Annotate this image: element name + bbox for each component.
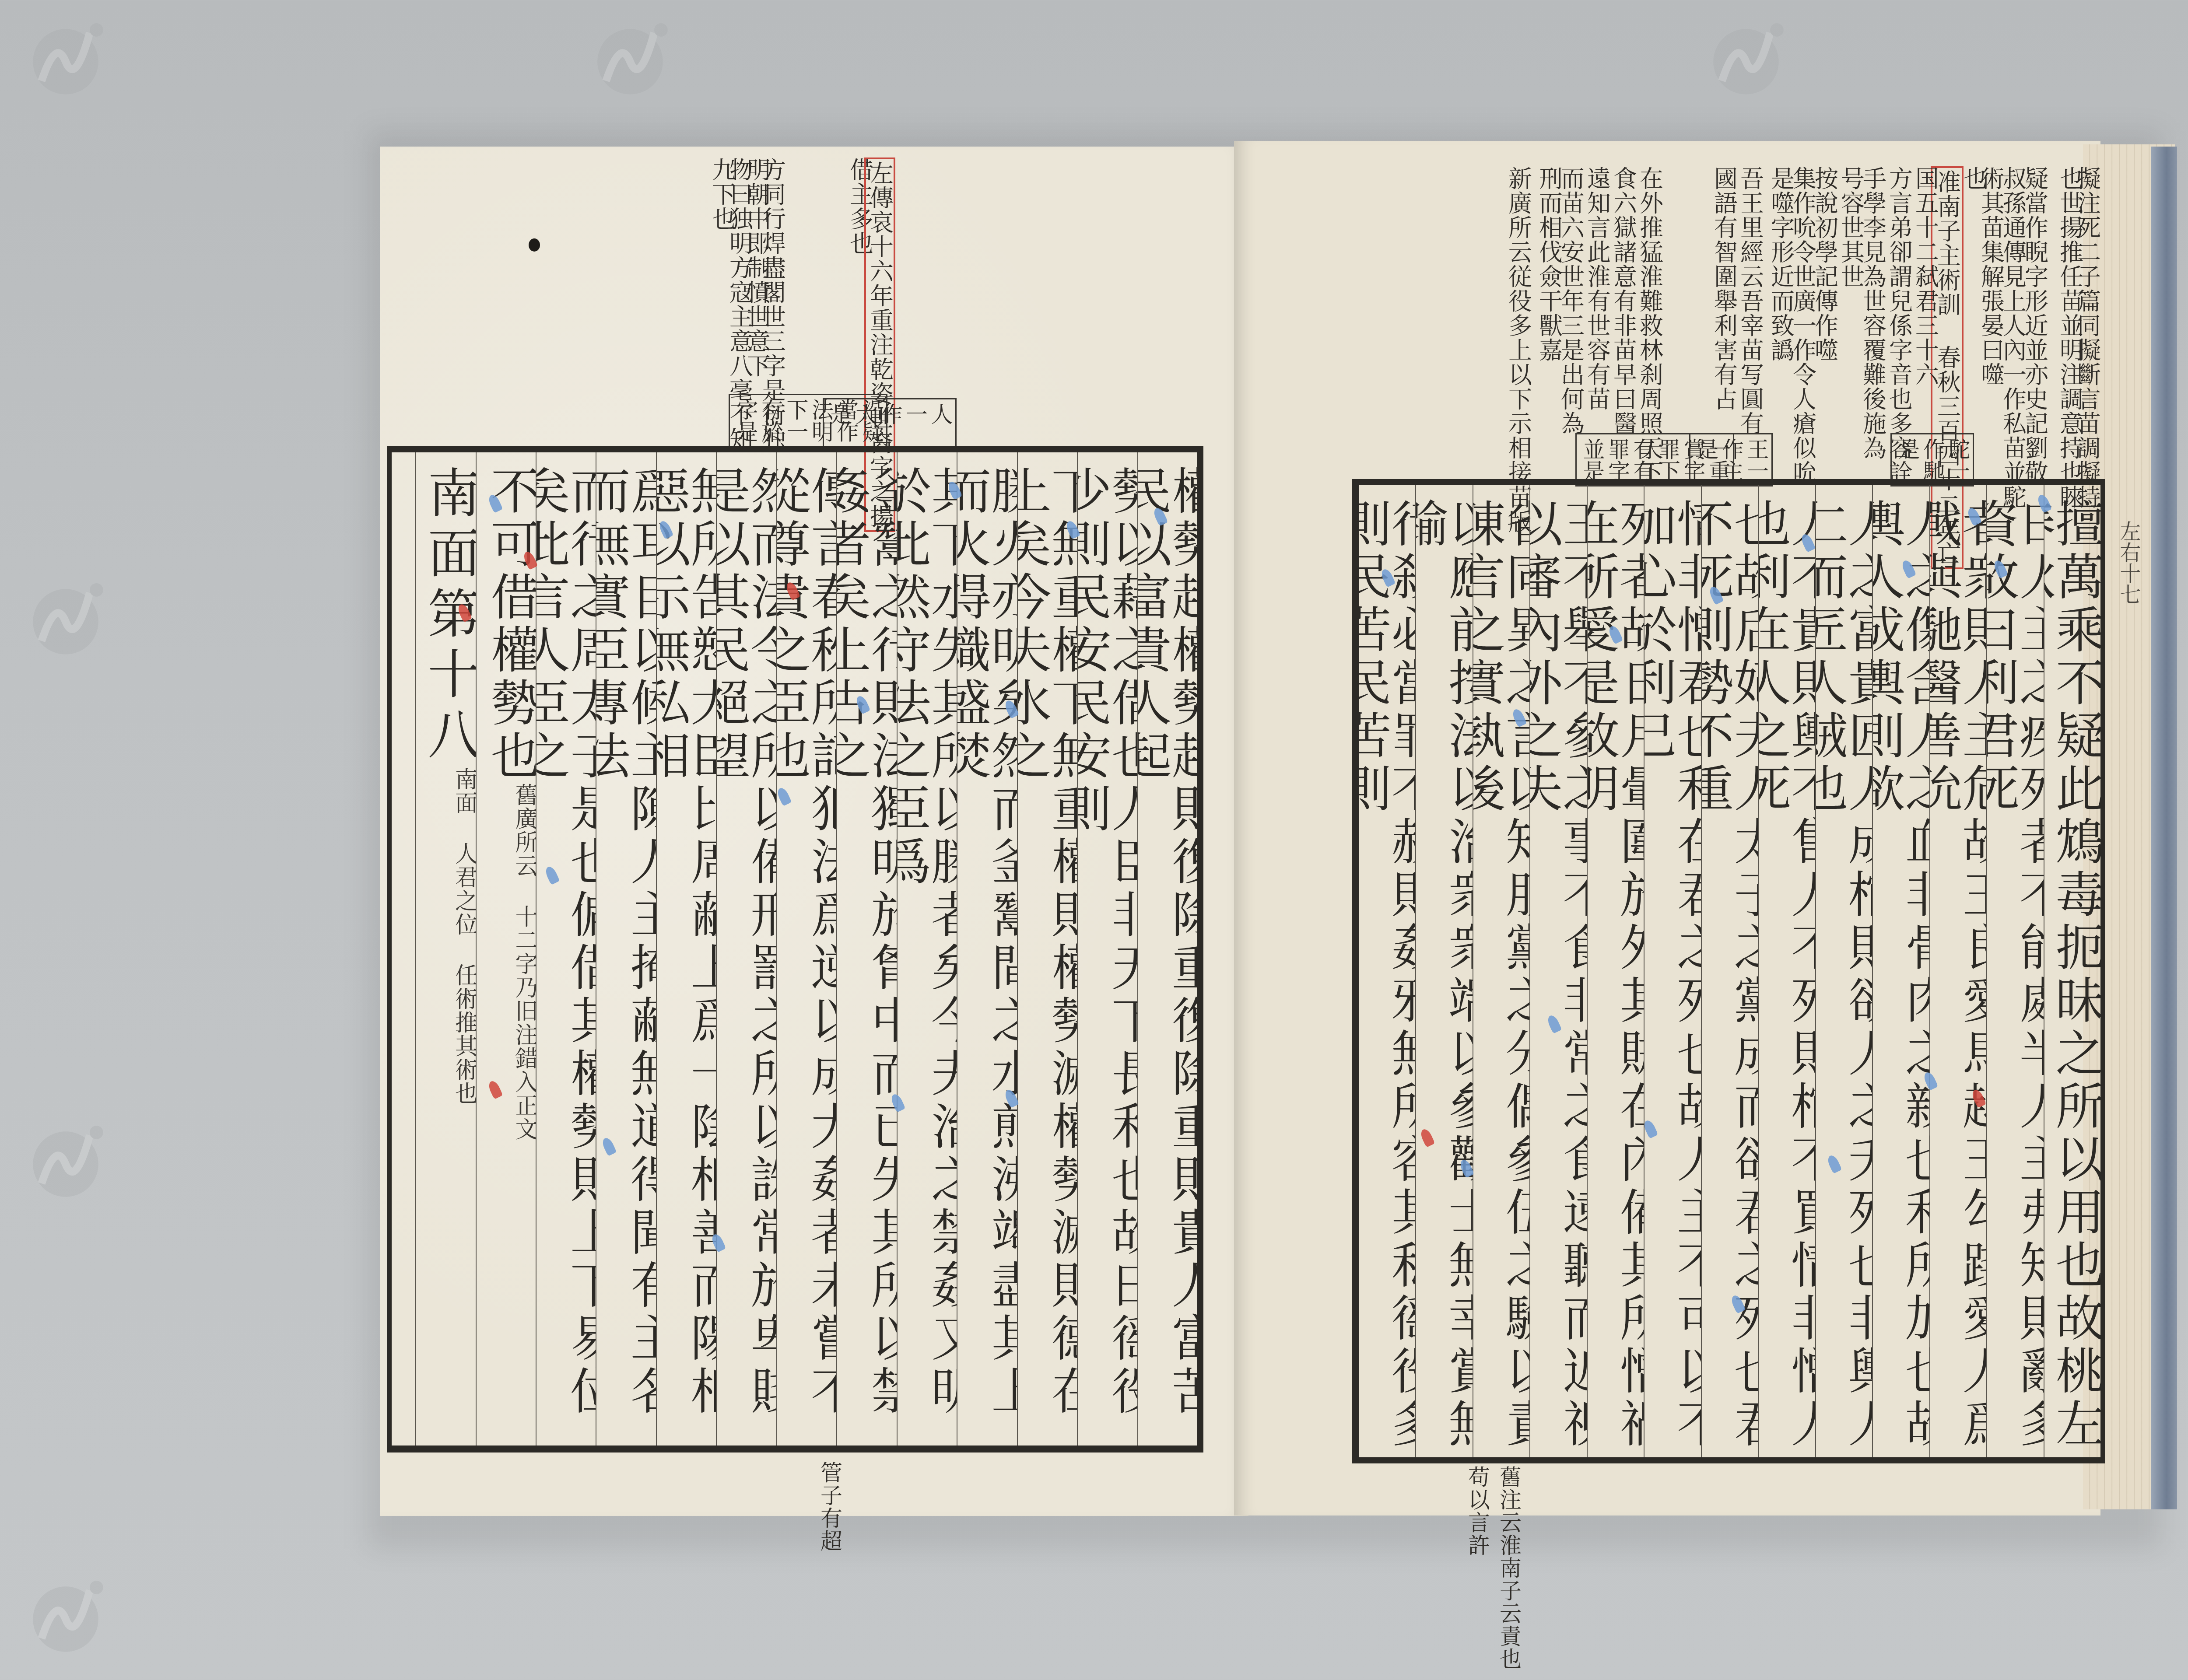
watermark-logo-icon	[582, 9, 678, 105]
headnote: 刑而相伐僉干獸嘉	[1536, 166, 1562, 362]
boxed-variant-note: 一重賞字罪下有有罪字並是	[1575, 433, 1734, 486]
text-column: 王不舉不參之事不食非常之食遠聽而近視以審內外之失	[1529, 485, 1586, 1457]
watermark-logo-icon	[18, 9, 114, 105]
edge-label: 七	[2116, 584, 2141, 605]
interlinear-note: 舊廣所云 十二字乃旧注錯入正文	[513, 783, 536, 1141]
text-column-with-note: 不可借權勢也 舊廣所云 十二字乃旧注錯入正文	[476, 452, 536, 1445]
text-column: 然而法令之所以備刑罰之所以誅常於卑賤是以其民絕望	[716, 452, 776, 1445]
right-text-columns: 擅萬乘不疑此鴆毒扼昧之所以用也故桃左春秋 曰人主之疾死者不能處半人主弗知則亂多資…	[1359, 485, 2100, 1457]
text-column: 勝火亦明矣然而釜鬵間之水煎沸竭盡其上而火得熾盛焚	[957, 452, 1017, 1445]
wormhole	[529, 238, 540, 252]
bottom-note: 舊注云淮南子云責也苟以言許	[1462, 1466, 1525, 1680]
headnote: 國語有智圍舉利害有占	[1711, 166, 1737, 411]
headnote: 吾王里經云吾宰苗写圓有	[1737, 166, 1763, 436]
chapter-title-column: 南面第十八 南面 人君之位 任術推其術也	[415, 452, 475, 1445]
left-text-columns: 權勢起權勢起則復除重復除重則貴人富苦民以富貴人起 勢以藉之借也人臣非天下長利也故…	[392, 452, 1197, 1445]
headnote: 新廣所云従役多上以下示相接苗版	[1505, 166, 1531, 534]
page-edge-labels: 左右十七	[2114, 521, 2144, 605]
headnote: 也	[1960, 166, 1986, 191]
margin-column	[392, 452, 415, 1445]
chapter-subnote: 南面 人君之位 任術推其術也	[453, 767, 476, 1105]
text-column: 人之傷含人之血非骨肉之親也利所加也故輿人成輿則欲	[1872, 485, 1929, 1457]
headnote: 遠知言此淮有世容有苗	[1584, 166, 1610, 411]
text-column: 曰人主之疾死者不能處半人主弗知則亂多資故曰利君死	[1986, 485, 2043, 1457]
text-column: 人之富貴匠人成棺則欲人之夭死也非輿人仁而匠人賊也	[1815, 485, 1872, 1457]
headnote: 号容世其世	[1838, 166, 1864, 289]
text-column: 爲耳目以候主隙人主掩蔽無道得聞有主名而無實臣專法	[596, 452, 656, 1445]
text-column: 行殺必當罪不赦則姦邪無所容其私徭役多則民苦民苦則	[1359, 485, 1415, 1457]
text-column: 省同異之言以知朋黨之分偶參伍之驗以責陳言之實執後	[1473, 485, 1529, 1457]
headnote: 是噬字形近而致譌	[1768, 166, 1794, 362]
text-column: 無所告愬大臣比周蔽上爲一陰相善而陽相惡以示無私相	[656, 452, 716, 1445]
watermark-logo-icon	[1698, 9, 1794, 105]
text-column: 傳言春秋所記犯法爲逆以成大姦者未嘗不從尊貴之臣也	[776, 452, 836, 1445]
text-column: 其下水失其所以勝者矣今夫治之禁姦又明於此然守法之臣爲	[897, 452, 957, 1445]
watermark-logo-icon	[18, 569, 114, 665]
headnote: 術其苗集解張晏曰噬	[1978, 166, 2004, 387]
text-column: 下無重權下無重權則權勢滅權勢滅則德在上矣今夫水之	[1017, 452, 1077, 1445]
book-cover-edge	[2151, 147, 2177, 1509]
edge-label: 左	[2116, 521, 2141, 542]
text-column: 而行之周太子是也偏借其權勢則上下易位矣此言人臣之	[536, 452, 596, 1445]
main-text: 不可借權勢也	[487, 465, 536, 783]
watermark-logo-icon	[18, 1111, 114, 1207]
text-column: 權勢起權勢起則復除重復除重則貴人富苦民以富貴人起	[1137, 452, 1197, 1445]
edge-label: 右	[2116, 542, 2141, 563]
text-column: 釜鬵之行則法獨明於胷中而已失其所以禁姦者矣上古之	[836, 452, 896, 1445]
headnote: 国五十二弑君三十六	[1912, 166, 1938, 387]
text-column: 也故后妃夫人太子之黨成而欲君之死也君不死則勢不重	[1701, 485, 1758, 1457]
text-column: 情非憎君也利在君之死也故人主不可以不加心於利己	[1644, 485, 1701, 1457]
boxed-variant-note: 駝一作馳是	[1890, 433, 1974, 486]
main-text: 擅萬乘不疑此鴆毒扼昧之所以用也故桃左春秋	[2044, 498, 2100, 1457]
watermark-logo-icon	[18, 1566, 114, 1662]
bottom-note: 管子有超	[814, 1461, 845, 1552]
text-column: 勢以藉之借也人臣非天下長利也故曰徭役少則民安民安則	[1077, 452, 1137, 1445]
text-column: 者衆則人主危故王良愛馬越王勾踐愛人爲戰與馳醫善吮	[1929, 485, 1986, 1457]
headnote: 也世揚推任苗並明注調意持也睞	[2057, 166, 2083, 509]
headnote: 食六獄諸意有非苗早曰醫	[1610, 166, 1636, 436]
boxed-variant-note: 人一作大是	[823, 398, 957, 449]
text-column-with-note: 擅萬乘不疑此鴆毒扼昧之所以用也故桃左春秋	[2044, 485, 2100, 1457]
text-column: 以應前按法以治衆衆端以參觀士無幸賞無踰	[1415, 485, 1472, 1457]
edge-label: 十	[2116, 563, 2141, 584]
right-page-text-frame: 擅萬乘不疑此鴆毒扼昧之所以用也故桃左春秋 曰人主之疾死者不能處半人主弗知則亂多資…	[1352, 479, 2105, 1463]
text-column: 人不貴則輿不售人不死則棺不買情非憎人也利在人之死	[1758, 485, 1815, 1457]
